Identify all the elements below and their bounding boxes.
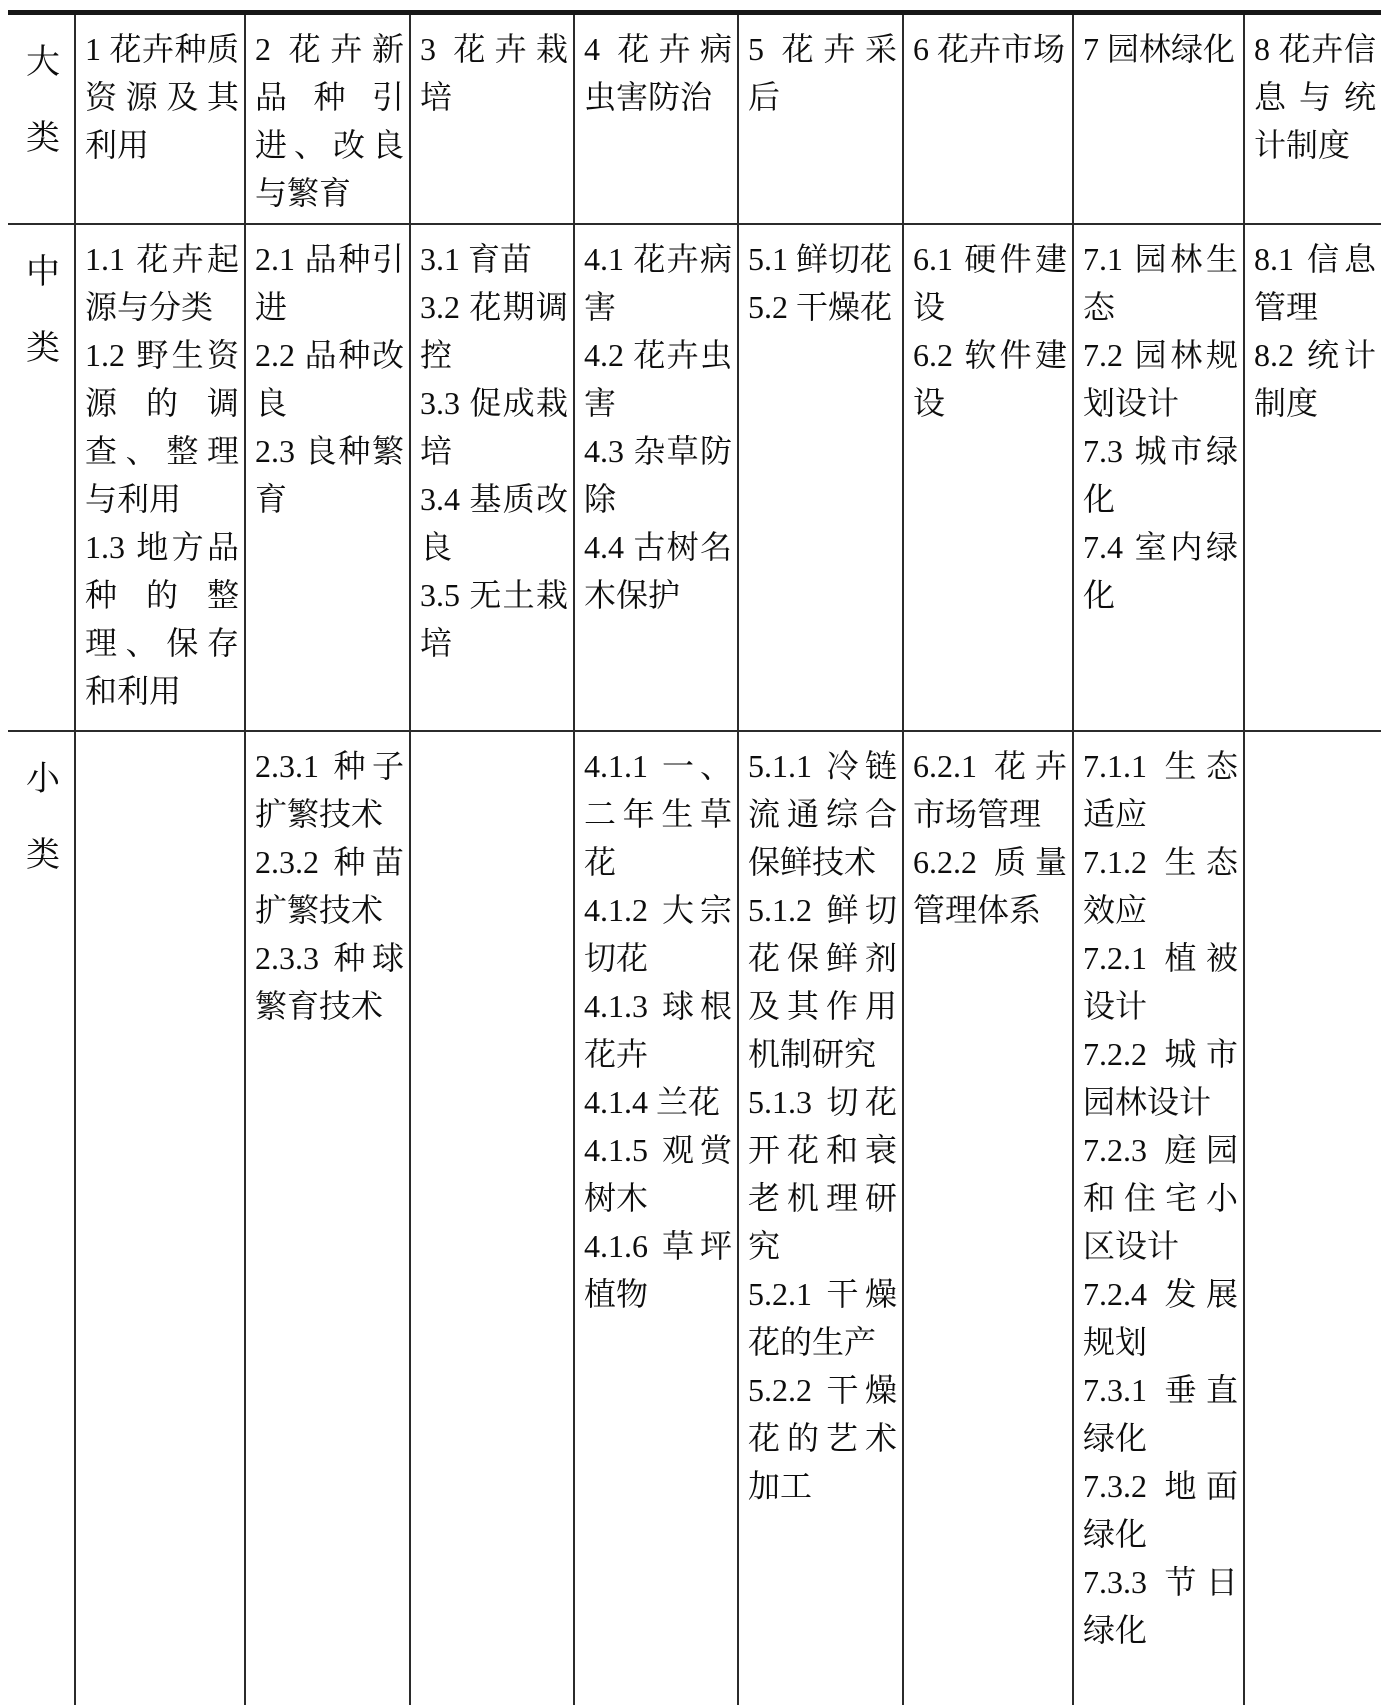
classification-table: 大类 1 花卉种质资源及其利用 2 花卉新品种引进、改良与繁育 3 花卉栽培 4… <box>8 10 1381 1705</box>
category-item: 6.1 硬件建设 <box>913 235 1067 331</box>
category-item: 7.1.1 生态适应 <box>1083 742 1238 838</box>
category-item: 2.3.1 种子扩繁技术 <box>255 742 404 838</box>
middle-cell-5: 5.1 鲜切花 5.2 干燥花 <box>738 224 903 731</box>
major-label: 6 花卉市场 <box>913 25 1067 73</box>
minor-cell-3 <box>410 731 574 1705</box>
row-header-minor: 小类 <box>8 731 75 1705</box>
category-item: 5.1.2 鲜切花保鲜剂及其作用机制研究 <box>748 886 897 1078</box>
middle-cell-7: 7.1 园林生态 7.2 园林规划设计 7.3 城市绿化 7.4 室内绿化 <box>1073 224 1244 731</box>
major-cell-3: 3 花卉栽培 <box>410 13 574 225</box>
category-item: 4.1.5 观赏树木 <box>584 1126 732 1222</box>
middle-cell-6: 6.1 硬件建设 6.2 软件建设 <box>903 224 1073 731</box>
category-item: 4.1.6 草坪植物 <box>584 1222 732 1318</box>
major-label: 4 花卉病虫害防治 <box>584 25 732 121</box>
category-item: 6.2.1 花卉市场管理 <box>913 742 1067 838</box>
category-item: 3.4 基质改良 <box>420 475 568 571</box>
row-header-middle-label: 中类 <box>24 235 62 387</box>
category-item: 7.3.3 节日绿化 <box>1083 1558 1238 1654</box>
major-label: 5 花卉采后 <box>748 25 897 121</box>
category-item: 7.2.4 发展规划 <box>1083 1270 1238 1366</box>
minor-cell-7: 7.1.1 生态适应 7.1.2 生态效应 7.2.1 植被设计 7.2.2 城… <box>1073 731 1244 1705</box>
row-header-minor-label: 小类 <box>24 742 62 894</box>
major-cell-4: 4 花卉病虫害防治 <box>574 13 738 225</box>
category-item: 3.5 无土栽培 <box>420 571 568 667</box>
category-item: 4.3 杂草防除 <box>584 427 732 523</box>
major-cell-8: 8 花卉信息与统计制度 <box>1244 13 1381 225</box>
major-label: 7 园林绿化 <box>1083 25 1238 73</box>
minor-cell-1 <box>75 731 245 1705</box>
category-item: 6.2.2 质量管理体系 <box>913 838 1067 934</box>
table-row: 中类 1.1 花卉起源与分类 1.2 野生资源的调查、整理与利用 1.3 地方品… <box>8 224 1381 731</box>
category-item: 4.1 花卉病害 <box>584 235 732 331</box>
category-item: 7.2.2 城市园林设计 <box>1083 1030 1238 1126</box>
category-item: 8.1 信息管理 <box>1254 235 1376 331</box>
category-item: 1.3 地方品种的整理、保存和利用 <box>85 523 239 715</box>
category-item: 2.1 品种引进 <box>255 235 404 331</box>
category-item: 7.1 园林生态 <box>1083 235 1238 331</box>
category-item: 1.2 野生资源的调查、整理与利用 <box>85 331 239 523</box>
category-item: 2.3.3 种球繁育技术 <box>255 934 404 1030</box>
minor-cell-2: 2.3.1 种子扩繁技术 2.3.2 种苗扩繁技术 2.3.3 种球繁育技术 <box>245 731 410 1705</box>
middle-cell-8: 8.1 信息管理 8.2 统计制度 <box>1244 224 1381 731</box>
middle-cell-4: 4.1 花卉病害 4.2 花卉虫害 4.3 杂草防除 4.4 古树名木保护 <box>574 224 738 731</box>
middle-cell-1: 1.1 花卉起源与分类 1.2 野生资源的调查、整理与利用 1.3 地方品种的整… <box>75 224 245 731</box>
category-item: 2.2 品种改良 <box>255 331 404 427</box>
category-item: 2.3 良种繁育 <box>255 427 404 523</box>
category-item: 5.1.1 冷链流通综合保鲜技术 <box>748 742 897 886</box>
major-cell-6: 6 花卉市场 <box>903 13 1073 225</box>
major-cell-1: 1 花卉种质资源及其利用 <box>75 13 245 225</box>
major-label: 3 花卉栽培 <box>420 25 568 121</box>
category-item: 3.2 花期调控 <box>420 283 568 379</box>
category-item: 7.3.1 垂直绿化 <box>1083 1366 1238 1462</box>
category-item: 6.2 软件建设 <box>913 331 1067 427</box>
category-item: 1.1 花卉起源与分类 <box>85 235 239 331</box>
major-cell-2: 2 花卉新品种引进、改良与繁育 <box>245 13 410 225</box>
major-cell-5: 5 花卉采后 <box>738 13 903 225</box>
row-header-major-label: 大类 <box>24 25 62 177</box>
category-item: 7.3.2 地面绿化 <box>1083 1462 1238 1558</box>
middle-cell-3: 3.1 育苗 3.2 花期调控 3.3 促成栽培 3.4 基质改良 3.5 无土… <box>410 224 574 731</box>
category-item: 4.4 古树名木保护 <box>584 523 732 619</box>
minor-cell-6: 6.2.1 花卉市场管理 6.2.2 质量管理体系 <box>903 731 1073 1705</box>
minor-cell-4: 4.1.1 一、二年生草花 4.1.2 大宗切花 4.1.3 球根花卉 4.1.… <box>574 731 738 1705</box>
table-row: 大类 1 花卉种质资源及其利用 2 花卉新品种引进、改良与繁育 3 花卉栽培 4… <box>8 13 1381 225</box>
minor-cell-8 <box>1244 731 1381 1705</box>
category-item: 7.2 园林规划设计 <box>1083 331 1238 427</box>
category-item: 7.3 城市绿化 <box>1083 427 1238 523</box>
category-item: 5.2.2 干燥花的艺术加工 <box>748 1366 897 1510</box>
category-item: 4.1.1 一、二年生草花 <box>584 742 732 886</box>
category-item: 7.4 室内绿化 <box>1083 523 1238 619</box>
category-item: 4.1.2 大宗切花 <box>584 886 732 982</box>
category-item: 4.1.3 球根花卉 <box>584 982 732 1078</box>
row-header-major: 大类 <box>8 13 75 225</box>
category-item: 5.2.1 干燥花的生产 <box>748 1270 897 1366</box>
table-row: 小类 2.3.1 种子扩繁技术 2.3.2 种苗扩繁技术 2.3.3 种球繁育技… <box>8 731 1381 1705</box>
category-item: 7.2.3 庭园和住宅小区设计 <box>1083 1126 1238 1270</box>
category-item: 4.1.4 兰花 <box>584 1078 732 1126</box>
major-label: 1 花卉种质资源及其利用 <box>85 25 239 169</box>
minor-cell-5: 5.1.1 冷链流通综合保鲜技术 5.1.2 鲜切花保鲜剂及其作用机制研究 5.… <box>738 731 903 1705</box>
major-cell-7: 7 园林绿化 <box>1073 13 1244 225</box>
category-item: 4.2 花卉虫害 <box>584 331 732 427</box>
major-label: 8 花卉信息与统计制度 <box>1254 25 1376 169</box>
category-item: 5.1 鲜切花 <box>748 235 897 283</box>
category-item: 7.2.1 植被设计 <box>1083 934 1238 1030</box>
middle-cell-2: 2.1 品种引进 2.2 品种改良 2.3 良种繁育 <box>245 224 410 731</box>
category-item: 3.1 育苗 <box>420 235 568 283</box>
row-header-middle: 中类 <box>8 224 75 731</box>
category-item: 2.3.2 种苗扩繁技术 <box>255 838 404 934</box>
category-item: 7.1.2 生态效应 <box>1083 838 1238 934</box>
category-item: 5.2 干燥花 <box>748 283 897 331</box>
category-item: 8.2 统计制度 <box>1254 331 1376 427</box>
major-label: 2 花卉新品种引进、改良与繁育 <box>255 25 404 217</box>
category-item: 3.3 促成栽培 <box>420 379 568 475</box>
category-item: 5.1.3 切花开花和衰老机理研究 <box>748 1078 897 1270</box>
